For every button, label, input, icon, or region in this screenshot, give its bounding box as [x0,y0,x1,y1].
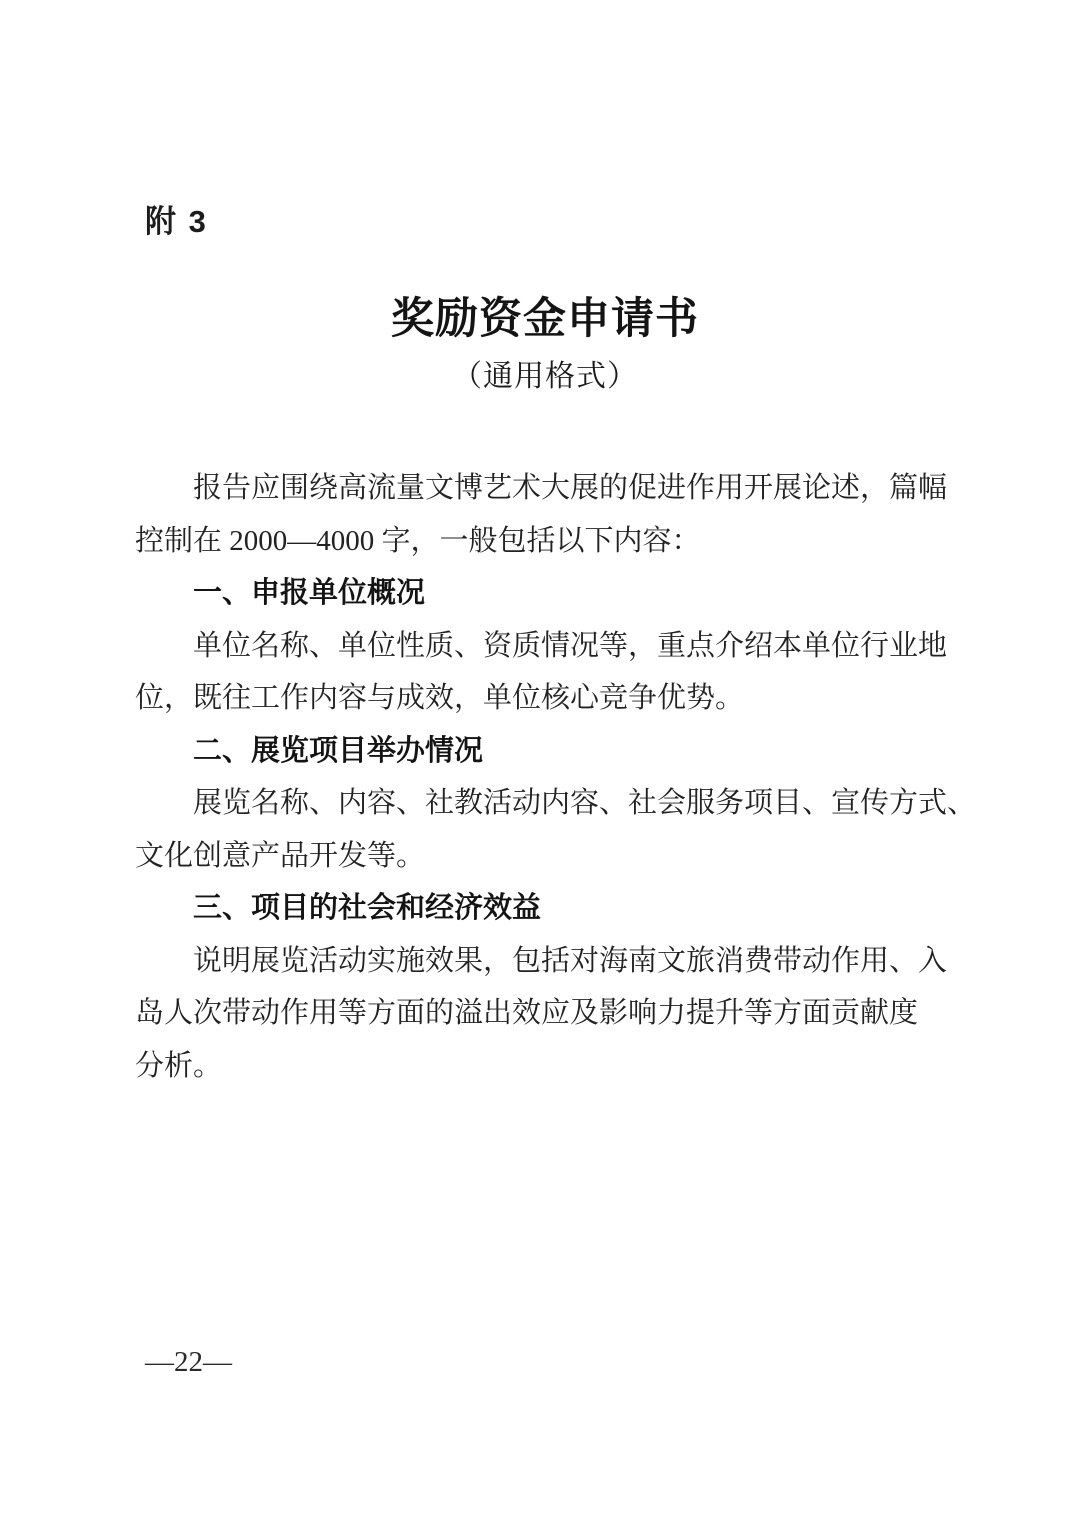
attachment-label: 附 3 [145,203,208,241]
section-3-text-line-2: 岛人次带动作用等方面的溢出效应及影响力提升等方面贡献度 [135,987,957,1040]
section-heading-1: 一、申报单位概况 [135,567,957,620]
paragraph-intro-line-1: 报告应围绕高流量文博艺术大展的促进作用开展论述，篇幅 [135,462,957,515]
section-heading-3: 三、项目的社会和经济效益 [135,882,957,935]
section-2-text-line-2: 文化创意产品开发等。 [135,830,957,883]
paragraph-intro-line-2: 控制在 2000—4000 字，一般包括以下内容： [135,515,957,568]
section-3-text-line-3: 分析。 [135,1040,957,1093]
section-2-text-line-1: 展览名称、内容、社教活动内容、社会服务项目、宣传方式、 [135,777,957,830]
section-1-text-line-1: 单位名称、单位性质、资质情况等，重点介绍本单位行业地 [135,620,957,673]
document-subtitle: （通用格式） [135,359,955,395]
section-heading-2: 二、展览项目举办情况 [135,725,957,778]
document-body: 报告应围绕高流量文博艺术大展的促进作用开展论述，篇幅 控制在 2000—4000… [135,462,957,1092]
section-1-text-line-2: 位，既往工作内容与成效，单位核心竞争优势。 [135,672,957,725]
page-number: —22— [145,1344,232,1380]
document-page: 附 3 奖励资金申请书 （通用格式） 报告应围绕高流量文博艺术大展的促进作用开展… [0,0,1080,1527]
section-3-text-line-1: 说明展览活动实施效果，包括对海南文旅消费带动作用、入 [135,935,957,988]
document-title: 奖励资金申请书 [135,293,955,347]
